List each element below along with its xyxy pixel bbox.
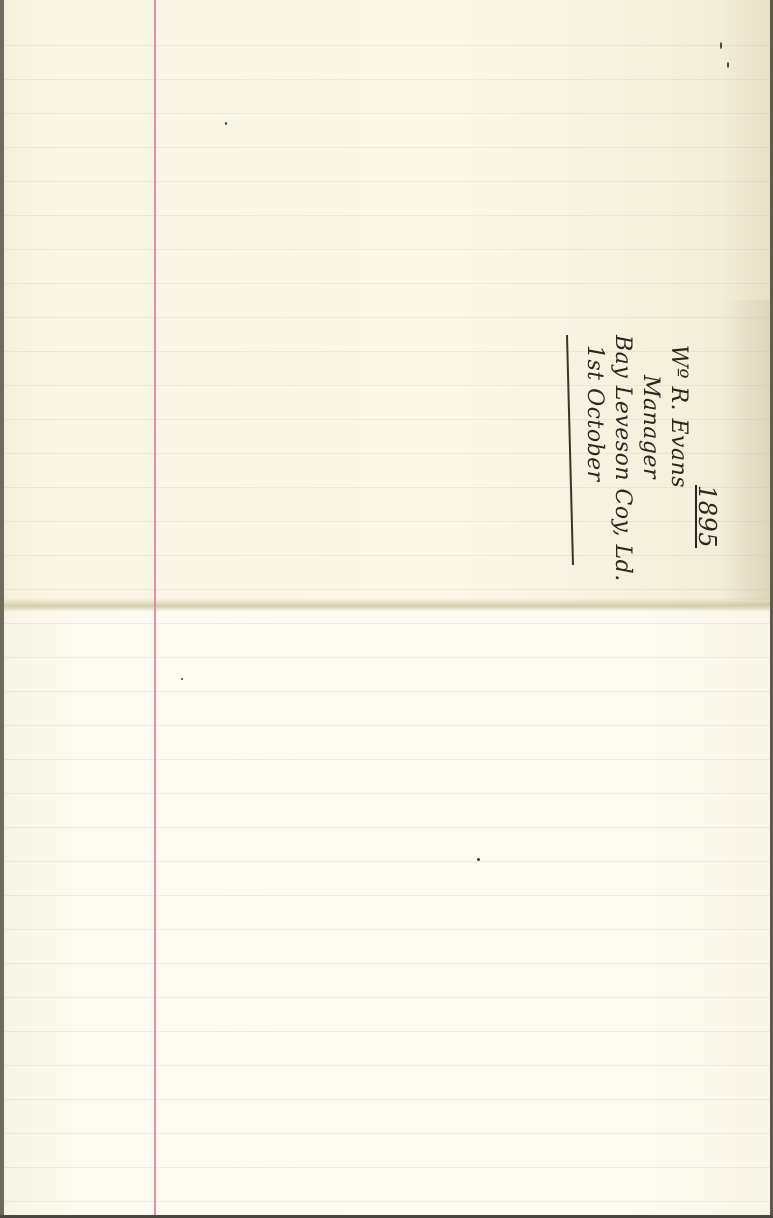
docket-title: Manager [638,375,663,479]
ink-speck [181,678,183,680]
docket-date: 1st October [582,345,607,482]
document-page: 1895 Wº R. Evans Manager Bay Leveson Coy… [0,0,773,1218]
page-edge-left [0,0,4,1218]
ink-speck [477,858,480,861]
docket-text-rotated: 1895 Wº R. Evans Manager Bay Leveson Coy… [565,335,715,605]
docket-endorsement: 1895 Wº R. Evans Manager Bay Leveson Coy… [560,315,720,585]
docket-company: Bay Leveson Coy, Ld. [610,335,635,582]
docket-year: 1895 [693,485,721,548]
ink-speck [225,122,227,125]
red-margin-line [154,0,156,1218]
edge-discoloration [722,300,773,600]
docket-addressee: Wº R. Evans [666,345,691,488]
ink-speck [727,62,729,68]
docket-underline [566,335,574,565]
ink-speck [720,42,722,49]
